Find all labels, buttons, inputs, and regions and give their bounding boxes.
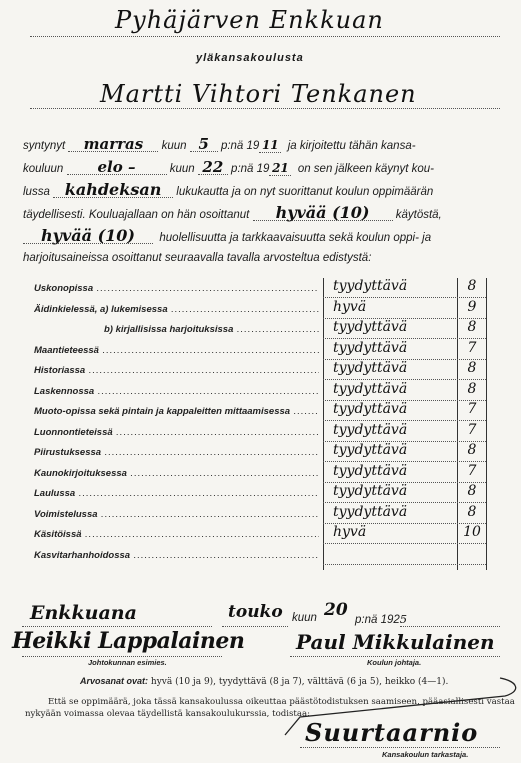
inspector-title: Kansakoulun tarkastaja. — [382, 750, 468, 759]
inspector-signature: Suurtaarnio — [305, 718, 478, 747]
pen-stroke — [0, 0, 521, 763]
inspector-signature-line — [300, 747, 500, 748]
school-certificate: Pyhäjärven Enkkuan yläkansakoulusta Mart… — [0, 0, 521, 763]
